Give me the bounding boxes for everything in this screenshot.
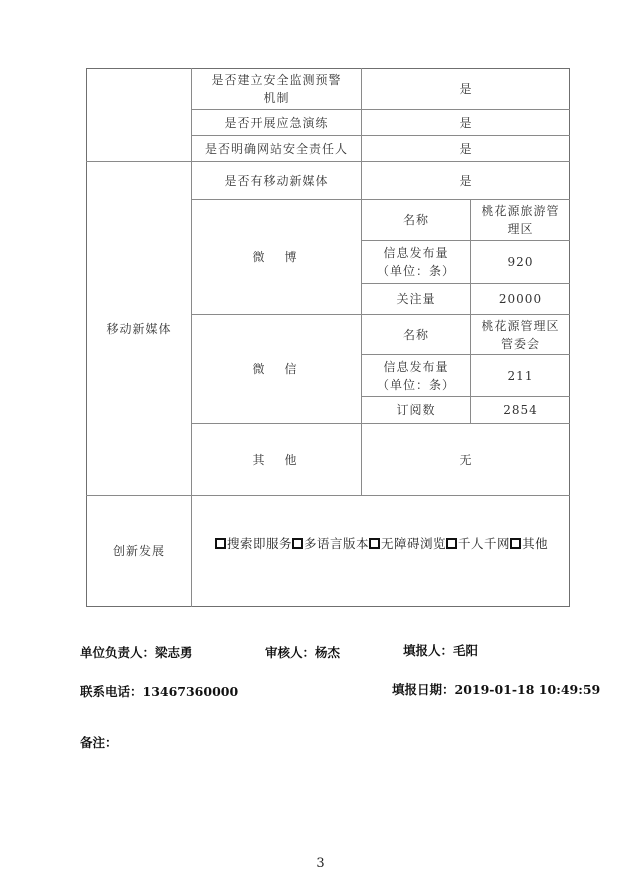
label-line: （单位：条） bbox=[377, 262, 455, 280]
option-label: 无障碍浏览 bbox=[381, 534, 446, 552]
wechat-name-value: 桃花源管理区 管委会 bbox=[471, 315, 570, 354]
value-line: 桃花源管理区 bbox=[481, 317, 559, 335]
option-label: 搜索即服务 bbox=[227, 534, 292, 552]
wechat-name-label: 名称 bbox=[362, 315, 470, 354]
reviewer: 审核人：杨杰 bbox=[265, 643, 340, 661]
checkbox-multilingual[interactable] bbox=[292, 538, 303, 549]
wechat-subscribers-label: 订阅数 bbox=[362, 397, 470, 423]
security-monitoring-value: 是 bbox=[362, 69, 570, 109]
option-label: 其他 bbox=[522, 534, 548, 552]
checkbox-accessibility[interactable] bbox=[369, 538, 380, 549]
emergency-drill-value: 是 bbox=[362, 110, 570, 135]
has-mobile-label: 是否有移动新媒体 bbox=[192, 162, 361, 199]
document-page: 是否建立安全监测预警 机制 是 是否开展应急演练 是 是否明确网站安全责任人 是… bbox=[0, 0, 641, 873]
label-line: 是否建立安全监测预警 bbox=[211, 71, 341, 89]
emergency-drill-label: 是否开展应急演练 bbox=[192, 110, 361, 135]
fill-date: 填报日期：2019-01-18 10:49:59 bbox=[392, 680, 600, 698]
security-officer-label: 是否明确网站安全责任人 bbox=[192, 136, 361, 161]
option-label: 千人千网 bbox=[458, 534, 510, 552]
label-line: 机制 bbox=[263, 89, 289, 107]
weibo-name-label: 名称 bbox=[362, 200, 470, 240]
weibo-name-value: 桃花源旅游管 理区 bbox=[471, 200, 570, 240]
contact-phone: 联系电话：13467360000 bbox=[80, 682, 238, 700]
label-line: 信息发布量 bbox=[383, 358, 448, 376]
filler: 填报人：毛阳 bbox=[403, 641, 478, 659]
remarks: 备注： bbox=[80, 733, 118, 751]
label-line: （单位：条） bbox=[377, 376, 455, 394]
unit-head: 单位负责人：梁志勇 bbox=[80, 643, 193, 661]
security-officer-value: 是 bbox=[362, 136, 570, 161]
wechat-posts-value: 211 bbox=[471, 355, 570, 396]
value-line: 管委会 bbox=[501, 335, 540, 353]
weibo-followers-value: 20000 bbox=[471, 284, 570, 314]
wechat-subscribers-value: 2854 bbox=[471, 397, 570, 423]
wechat-label: 微 信 bbox=[192, 315, 361, 423]
other-media-value: 无 bbox=[362, 424, 570, 495]
page-number: 3 bbox=[0, 856, 641, 871]
other-media-label: 其 他 bbox=[192, 424, 361, 495]
checkbox-other[interactable] bbox=[510, 538, 521, 549]
mobile-media-section-label: 移动新媒体 bbox=[87, 162, 191, 495]
checkbox-personalized[interactable] bbox=[446, 538, 457, 549]
innovation-section-label: 创新发展 bbox=[87, 496, 191, 606]
has-mobile-value: 是 bbox=[362, 162, 570, 199]
weibo-posts-label: 信息发布量 （单位：条） bbox=[362, 241, 470, 283]
weibo-followers-label: 关注量 bbox=[362, 284, 470, 314]
option-label: 多语言版本 bbox=[304, 534, 369, 552]
value-line: 理区 bbox=[507, 220, 533, 238]
wechat-posts-label: 信息发布量 （单位：条） bbox=[362, 355, 470, 396]
weibo-posts-value: 920 bbox=[471, 241, 570, 283]
value-line: 桃花源旅游管 bbox=[481, 202, 559, 220]
label-line: 信息发布量 bbox=[383, 244, 448, 262]
innovation-options: 搜索即服务 多语言版本 无障碍浏览 千人千网 其他 bbox=[215, 534, 548, 552]
weibo-label: 微 博 bbox=[192, 200, 361, 314]
security-monitoring-label: 是否建立安全监测预警 机制 bbox=[192, 69, 361, 109]
checkbox-search-service[interactable] bbox=[215, 538, 226, 549]
